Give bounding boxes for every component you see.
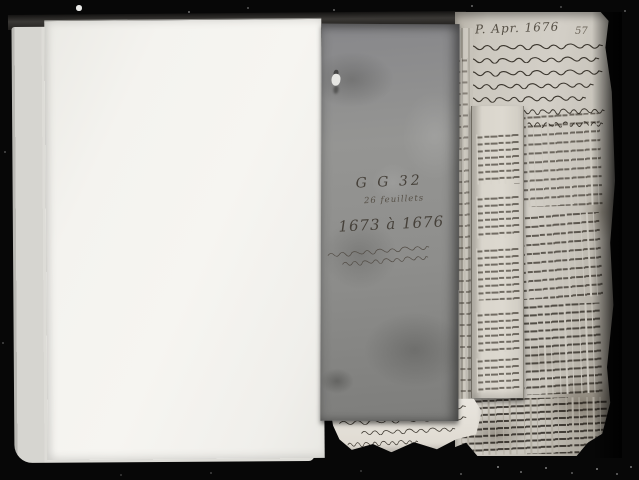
handwriting-line-icon [467,80,595,90]
index-strip [471,106,524,398]
bottom-scribbles-block [461,397,608,456]
index-entry-block [476,311,519,352]
archival-scan: { "scan": { "description": "Photograph o… [0,0,639,480]
left-blank-page [44,18,324,460]
handwriting-block [519,113,602,208]
handwriting-line-icon [347,437,419,447]
handwriting-line-icon [466,41,604,51]
handwriting-line-icon [360,425,456,437]
register-cover: G G 32 26 feuillets 1673 à 1676 [320,24,459,421]
cover-date-range: 1673 à 1676 [333,212,450,236]
handwriting-block [517,212,603,300]
cover-sheet-count: 26 feuillets [340,192,448,207]
index-entry-block [476,133,519,184]
handwriting-line-icon [466,54,600,64]
header-inscription: P. Apr. 1676 [475,20,560,37]
folio-number: 57 [575,26,588,37]
handwriting-line-icon [467,93,587,103]
index-entry-block [477,357,520,392]
cover-reference: G G 32 [331,171,448,193]
index-entry-block [476,195,519,238]
cover-illegible-note [326,241,451,268]
cover-title-block: G G 32 26 feuillets 1673 à 1676 [331,171,451,266]
handwriting-block [515,303,602,396]
dust-speckles [0,0,2,2]
handwriting-line-icon [467,67,604,77]
index-entry-block [476,247,519,300]
cover-damage-patch [331,74,340,86]
